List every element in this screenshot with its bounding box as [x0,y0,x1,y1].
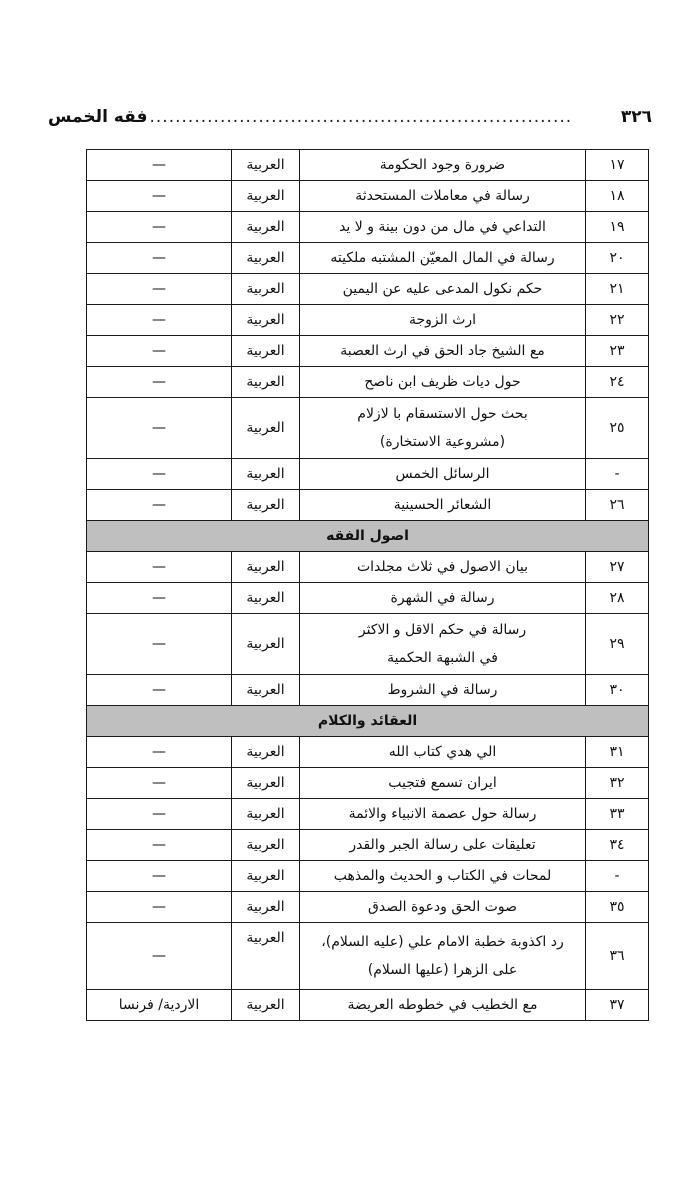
table-row: ٢٩رسالة في حكم الاقل و الاكثرفي الشبهة ا… [87,614,649,675]
work-title: ارث الزوجة [300,305,586,336]
work-language: العربية [232,367,300,398]
work-title: بيان الاصول في ثلاث مجلدات [300,552,586,583]
work-translations: — [87,398,232,459]
row-number: - [586,861,649,892]
work-translations: — [87,737,232,768]
table-row: ١٨رسالة في معاملات المستحدثةالعربية— [87,181,649,212]
work-title-line: مع الخطيب في خطوطه العريضة [304,996,581,1014]
table-row: ٢٠رسالة في المال المعيّن المشتبه ملكيتها… [87,243,649,274]
work-translations: الاردية/ فرنسا [87,990,232,1021]
work-translations: — [87,305,232,336]
table-row: ٣٣رسالة حول عصمة الانبياء والائمةالعربية… [87,799,649,830]
row-number: - [586,459,649,490]
row-number: ٢٤ [586,367,649,398]
table-row: ٢٦الشعائر الحسينيةالعربية— [87,490,649,521]
work-title: ضرورة وجود الحكومة [300,150,586,181]
row-number: ١٨ [586,181,649,212]
row-number: ٢٦ [586,490,649,521]
work-language: العربية [232,305,300,336]
work-translations: — [87,830,232,861]
work-translations: — [87,892,232,923]
work-title: رسالة في الشروط [300,675,586,706]
work-language: العربية [232,830,300,861]
work-title-line: الي هدي كتاب الله [304,743,581,761]
work-title-line: رسالة في المال المعيّن المشتبه ملكيته [304,249,581,267]
table-row: ٢٨رسالة في الشهرةالعربية— [87,583,649,614]
table-row: ٢١حكم نكول المدعى عليه عن اليمينالعربية— [87,274,649,305]
work-translations: — [87,768,232,799]
work-language: العربية [232,336,300,367]
row-number: ٣٥ [586,892,649,923]
work-title: الشعائر الحسينية [300,490,586,521]
work-title-line: تعليقات على رسالة الجبر والقدر [304,836,581,854]
work-title-line: ارث الزوجة [304,311,581,329]
work-language: العربية [232,923,300,990]
table-row: ٣٤تعليقات على رسالة الجبر والقدرالعربية— [87,830,649,861]
work-language: العربية [232,243,300,274]
work-language: العربية [232,768,300,799]
row-number: ٣٠ [586,675,649,706]
table-row: ٣٦رد اكذوبة خطبة الامام علي (عليه السلام… [87,923,649,990]
work-translations: — [87,212,232,243]
work-language: العربية [232,274,300,305]
work-language: العربية [232,990,300,1021]
table-row: ١٧ضرورة وجود الحكومةالعربية— [87,150,649,181]
table-row: ٢٧بيان الاصول في ثلاث مجلداتالعربية— [87,552,649,583]
work-title: رسالة في المال المعيّن المشتبه ملكيته [300,243,586,274]
work-title: حول ديات ظريف ابن ناصح [300,367,586,398]
running-header: ٣٢٦ ....................................… [48,103,652,131]
work-title: الرسائل الخمس [300,459,586,490]
work-title: رسالة في معاملات المستحدثة [300,181,586,212]
work-title-line: ضرورة وجود الحكومة [304,156,581,174]
work-translations: — [87,459,232,490]
table-row: ٢٥بحث حول الاستسقام با لازلام(مشروعية ال… [87,398,649,459]
row-number: ٢٣ [586,336,649,367]
work-title: لمحات في الكتاب و الحديث والمذهب [300,861,586,892]
work-translations: — [87,490,232,521]
row-number: ٣٧ [586,990,649,1021]
work-translations: — [87,150,232,181]
work-translations: — [87,861,232,892]
work-title: رد اكذوبة خطبة الامام علي (عليه السلام)،… [300,923,586,990]
work-title: رسالة في حكم الاقل و الاكثرفي الشبهة الح… [300,614,586,675]
section-label: العقائد والكلام [87,706,649,737]
work-title-line: ايران تسمع فتجيب [304,774,581,792]
work-language: العربية [232,799,300,830]
work-translations: — [87,274,232,305]
work-title: رسالة حول عصمة الانبياء والائمة [300,799,586,830]
work-language: العربية [232,737,300,768]
work-title-line: رسالة حول عصمة الانبياء والائمة [304,805,581,823]
work-translations: — [87,243,232,274]
work-title-line: رسالة في الشهرة [304,589,581,607]
work-title: صوت الحق ودعوة الصدق [300,892,586,923]
work-title-line: حكم نكول المدعى عليه عن اليمين [304,280,581,298]
work-language: العربية [232,675,300,706]
row-number: ٢٩ [586,614,649,675]
work-title-line: على الزهرا (عليها السلام) [304,956,581,984]
work-title-line: مع الشيخ جاد الحق في ارث العصبة [304,342,581,360]
row-number: ٣٤ [586,830,649,861]
table-row: ٣١الي هدي كتاب اللهالعربية— [87,737,649,768]
work-translations: — [87,799,232,830]
work-translations: — [87,336,232,367]
table-row: ٣٧مع الخطيب في خطوطه العريضةالعربيةالارد… [87,990,649,1021]
work-translations: — [87,583,232,614]
work-language: العربية [232,552,300,583]
work-language: العربية [232,398,300,459]
row-number: ٢٢ [586,305,649,336]
table-row: ٣٥صوت الحق ودعوة الصدقالعربية— [87,892,649,923]
work-title-line: رسالة في معاملات المستحدثة [304,187,581,205]
work-language: العربية [232,614,300,675]
row-number: ٢١ [586,274,649,305]
row-number: ٣٣ [586,799,649,830]
work-title-line: الرسائل الخمس [304,465,581,483]
work-language: العربية [232,212,300,243]
table-row: ٣٠رسالة في الشروطالعربية— [87,675,649,706]
work-title-line: رسالة في الشروط [304,681,581,699]
section-header-row: العقائد والكلام [87,706,649,737]
work-language: العربية [232,150,300,181]
work-language: العربية [232,459,300,490]
work-language: العربية [232,490,300,521]
work-title: بحث حول الاستسقام با لازلام(مشروعية الاس… [300,398,586,459]
work-title: حكم نكول المدعى عليه عن اليمين [300,274,586,305]
work-title: تعليقات على رسالة الجبر والقدر [300,830,586,861]
page-number: ٣٢٦ [621,107,652,127]
row-number: ١٩ [586,212,649,243]
section-label: اصول الفقه [87,521,649,552]
row-number: ٢٥ [586,398,649,459]
leader-dots: ........................................… [150,107,619,127]
work-title-line: صوت الحق ودعوة الصدق [304,898,581,916]
work-language: العربية [232,892,300,923]
work-translations: — [87,552,232,583]
section-header-row: اصول الفقه [87,521,649,552]
work-title-line: التداعي في مال من دون بينة و لا يد [304,218,581,236]
work-title: مع الخطيب في خطوطه العريضة [300,990,586,1021]
work-language: العربية [232,583,300,614]
work-title-line: في الشبهة الحكمية [304,644,581,672]
book-title: فقه الخمس [48,107,148,127]
work-translations: — [87,675,232,706]
work-title-line: بيان الاصول في ثلاث مجلدات [304,558,581,576]
work-title-line: الشعائر الحسينية [304,496,581,514]
row-number: ٢٨ [586,583,649,614]
row-number: ٢٠ [586,243,649,274]
table-row: ٢٤حول ديات ظريف ابن ناصحالعربية— [87,367,649,398]
row-number: ٢٧ [586,552,649,583]
work-language: العربية [232,861,300,892]
work-title-line: (مشروعية الاستخارة) [304,428,581,456]
work-title: الي هدي كتاب الله [300,737,586,768]
work-translations: — [87,923,232,990]
work-language: العربية [232,181,300,212]
works-table: ١٧ضرورة وجود الحكومةالعربية—١٨رسالة في م… [86,149,649,1021]
work-title: التداعي في مال من دون بينة و لا يد [300,212,586,243]
works-table-body: ١٧ضرورة وجود الحكومةالعربية—١٨رسالة في م… [87,150,649,1021]
work-translations: — [87,614,232,675]
work-title: مع الشيخ جاد الحق في ارث العصبة [300,336,586,367]
work-title-line: حول ديات ظريف ابن ناصح [304,373,581,391]
work-title-line: لمحات في الكتاب و الحديث والمذهب [304,867,581,885]
work-title-line: رد اكذوبة خطبة الامام علي (عليه السلام)، [304,928,581,956]
work-title-line: رسالة في حكم الاقل و الاكثر [304,616,581,644]
table-row: -لمحات في الكتاب و الحديث والمذهبالعربية… [87,861,649,892]
row-number: ٣٢ [586,768,649,799]
table-row: ٣٢ايران تسمع فتجيبالعربية— [87,768,649,799]
table-row: ٢٢ارث الزوجةالعربية— [87,305,649,336]
row-number: ١٧ [586,150,649,181]
row-number: ٣١ [586,737,649,768]
row-number: ٣٦ [586,923,649,990]
work-title: ايران تسمع فتجيب [300,768,586,799]
work-translations: — [87,181,232,212]
work-title: رسالة في الشهرة [300,583,586,614]
work-title-line: بحث حول الاستسقام با لازلام [304,400,581,428]
table-row: -الرسائل الخمسالعربية— [87,459,649,490]
table-row: ٢٣مع الشيخ جاد الحق في ارث العصبةالعربية… [87,336,649,367]
work-translations: — [87,367,232,398]
table-row: ١٩التداعي في مال من دون بينة و لا يدالعر… [87,212,649,243]
